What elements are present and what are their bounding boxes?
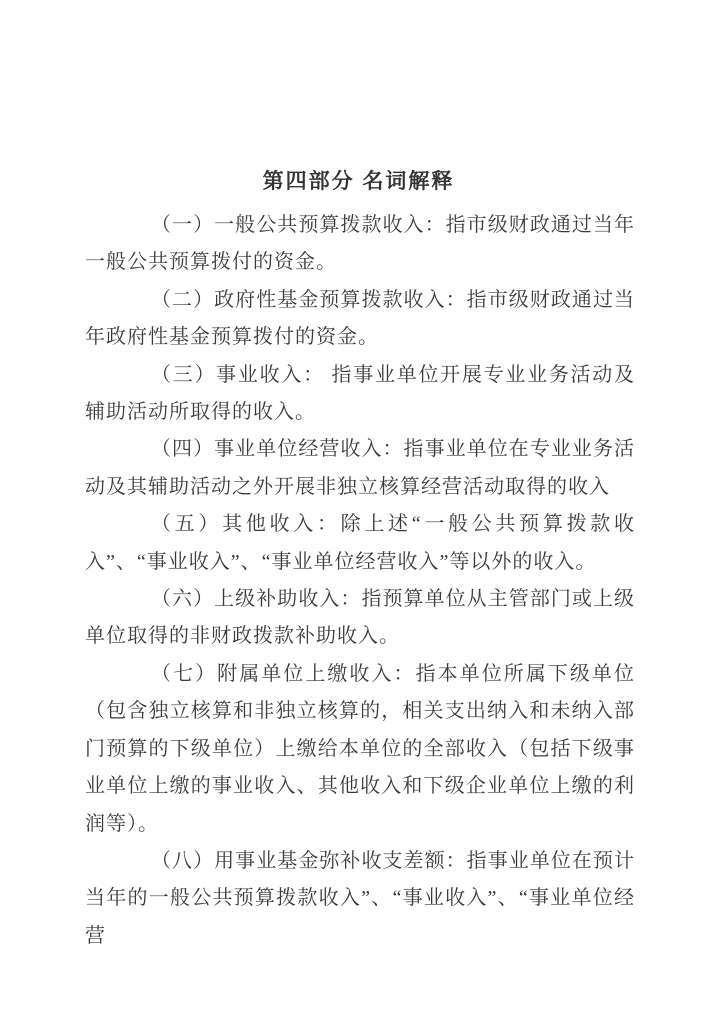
definition-paragraph-1: （一）一般公共预算拨款收入：指市级财政通过当年一般公共预算拨付的资金。 <box>85 207 635 282</box>
definition-paragraph-6: （六）上级补助收入：指预算单位从主管部门或上级单位取得的非财政拨款补助收入。 <box>85 581 635 656</box>
definition-paragraph-4: （四）事业单位经营收入：指事业单位在专业业务活动及其辅助活动之外开展非独立核算经… <box>85 431 635 506</box>
definition-paragraph-7: （七）附属单位上缴收入：指本单位所属下级单位（包含独立核算和非独立核算的，相关支… <box>85 656 635 843</box>
definition-paragraph-5: （五）其他收入：除上述“一般公共预算拨款收入”、“事业收入”、“事业单位经营收入… <box>85 506 635 581</box>
document-body: （一）一般公共预算拨款收入：指市级财政通过当年一般公共预算拨付的资金。 （二）政… <box>85 207 635 955</box>
document-page: 第四部分 名词解释 （一）一般公共预算拨款收入：指市级财政通过当年一般公共预算拨… <box>0 0 717 1015</box>
definition-paragraph-8: （八）用事业基金弥补收支差额：指事业单位在预计当年的一般公共预算拨款收入”、“事… <box>85 843 635 955</box>
page-title: 第四部分 名词解释 <box>0 0 717 195</box>
definition-paragraph-2: （二）政府性基金预算拨款收入：指市级财政通过当年政府性基金预算拨付的资金。 <box>85 282 635 357</box>
definition-paragraph-3: （三）事业收入： 指事业单位开展专业业务活动及辅助活动所取得的收入。 <box>85 357 635 432</box>
